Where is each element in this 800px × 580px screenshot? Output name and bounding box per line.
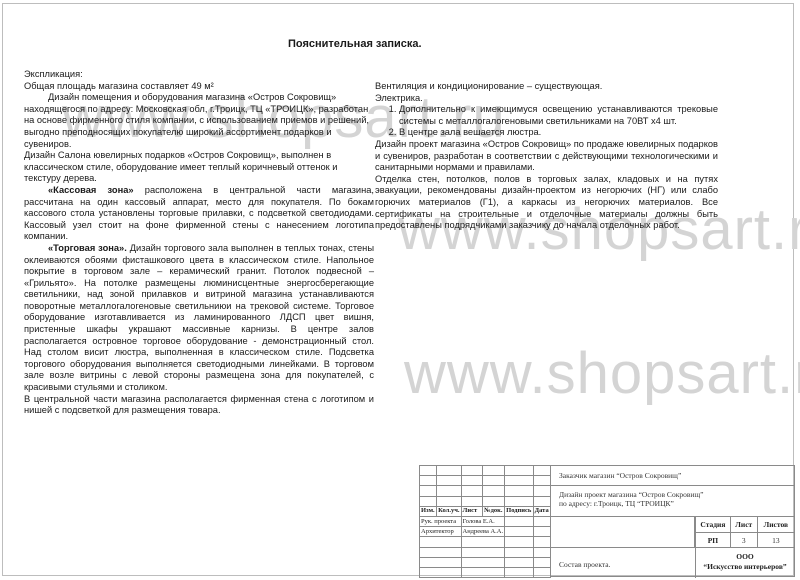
stage-row: Стадия Лист Листов РП 3 13 bbox=[551, 517, 795, 548]
header-cell: Кол.уч. bbox=[437, 506, 461, 516]
paragraph-text: В центральной части магазина располагает… bbox=[24, 394, 374, 416]
paragraph: «Кассовая зона» расположена в центрально… bbox=[24, 185, 374, 243]
paragraph: «Торговая зона». Дизайн торгового зала в… bbox=[24, 243, 374, 394]
paragraph: Отделка стен, потолков, полов в торговых… bbox=[375, 174, 718, 232]
project-address: по адресу: г.Троицк, ТЦ “ТРОИЦК” bbox=[559, 499, 795, 508]
paragraph: Экспликация: bbox=[24, 69, 374, 81]
sheets-value: 13 bbox=[757, 533, 794, 549]
section-label: «Кассовая зона» bbox=[48, 185, 134, 195]
title-block: Изм. Кол.уч. Лист №док. Подпись Дата Рук… bbox=[419, 465, 795, 577]
project-line: Дизайн проект магазина “Остров Сокровищ” bbox=[559, 490, 795, 499]
content-row: Состав проекта. ООО “Искусство интерьеро… bbox=[551, 548, 795, 578]
paragraph-text: Общая площадь магазина составляет 49 м² bbox=[24, 81, 214, 91]
content-label: Состав проекта. bbox=[559, 560, 610, 569]
paragraph-text: Дизайн помещения и оборудования магазина… bbox=[24, 92, 369, 148]
role-label: Рук. проекта bbox=[420, 516, 462, 526]
paragraph-text: Дизайн Салона ювелирных подарков «Остров… bbox=[24, 150, 338, 183]
sheet-value: 3 bbox=[730, 533, 757, 549]
list-item: Дополнительно к имеющимуся освещению уст… bbox=[399, 104, 718, 127]
page-title: Пояснительная записка. bbox=[288, 38, 422, 50]
paragraph: Общая площадь магазина составляет 49 м² bbox=[24, 81, 374, 93]
role-label: Архитектор bbox=[420, 527, 462, 537]
role-name: Андреева А.А. bbox=[461, 527, 505, 537]
paragraph: Дизайн помещения и оборудования магазина… bbox=[24, 92, 374, 150]
paragraph: В центральной части магазина располагает… bbox=[24, 394, 374, 417]
organization: ООО “Искусство интерьеров” bbox=[695, 548, 794, 578]
role-name: Голова Е.А. bbox=[461, 516, 505, 526]
org-name: “Искусство интерьеров” bbox=[696, 562, 794, 572]
sheets-label: Листов bbox=[757, 517, 794, 533]
stage-label: Стадия bbox=[696, 517, 731, 533]
project-row: Дизайн проект магазина “Остров Сокровищ”… bbox=[551, 486, 795, 517]
right-column: Вентиляция и кондиционирование – существ… bbox=[375, 81, 718, 232]
paragraph-text: Дизайн торгового зала выполнен в теплых … bbox=[24, 243, 374, 392]
stage-value: РП bbox=[696, 533, 731, 549]
paragraph: Дизайн Салона ювелирных подарков «Остров… bbox=[24, 150, 374, 185]
section-label: «Торговая зона». bbox=[48, 243, 127, 253]
stage-table: Стадия Лист Листов РП 3 13 bbox=[695, 517, 794, 548]
header-cell: Подпись bbox=[505, 506, 533, 516]
list-item: В центре зала вешается люстра. bbox=[399, 127, 718, 139]
sheet-label: Лист bbox=[730, 517, 757, 533]
header-cell: №док. bbox=[483, 506, 505, 516]
title-block-info: Заказчик магазин “Остров Сокровищ” Дизай… bbox=[551, 465, 795, 577]
header-cell: Изм. bbox=[420, 506, 437, 516]
header-cell: Дата bbox=[533, 506, 550, 516]
paragraph-text: Экспликация: bbox=[24, 69, 83, 79]
customer-row: Заказчик магазин “Остров Сокровищ” bbox=[551, 466, 795, 486]
ventilation-text: Вентиляция и кондиционирование – существ… bbox=[375, 81, 718, 93]
header-cell: Лист bbox=[461, 506, 483, 516]
electrics-heading: Электрика. bbox=[375, 93, 718, 105]
left-column: Экспликация:Общая площадь магазина соста… bbox=[24, 69, 374, 417]
revision-grid: Изм. Кол.уч. Лист №док. Подпись Дата Рук… bbox=[419, 465, 551, 578]
paragraph: Дизайн проект магазина «Остров Сокровищ»… bbox=[375, 139, 718, 174]
org-type: ООО bbox=[696, 552, 794, 562]
electrics-list: Дополнительно к имеющимуся освещению уст… bbox=[375, 104, 718, 139]
